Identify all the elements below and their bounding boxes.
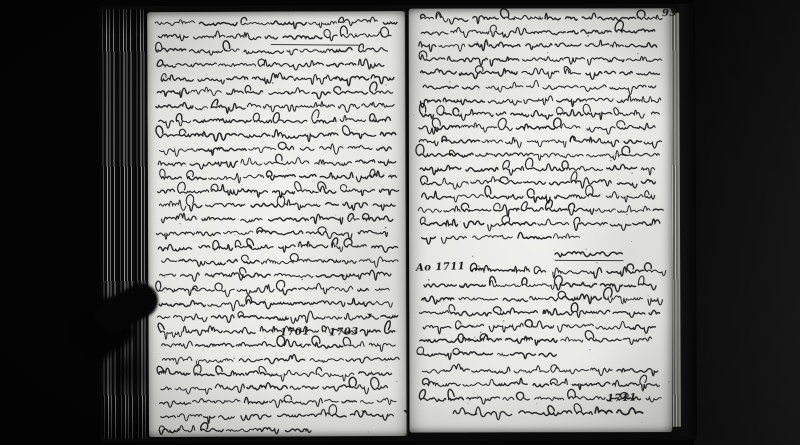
legible-fragment: 1711 bbox=[607, 392, 637, 404]
book-cover-edge bbox=[679, 4, 697, 436]
legible-fragment: Ao 1711 bbox=[416, 261, 466, 274]
left-page bbox=[147, 11, 407, 437]
left-page-handwriting bbox=[147, 11, 407, 437]
right-page bbox=[409, 8, 673, 432]
manuscript-book bbox=[99, 4, 697, 443]
ink-margin-mark: ➤ bbox=[360, 408, 367, 416]
legible-fragment: 1701 bbox=[280, 326, 310, 338]
legible-fragment: 93 bbox=[662, 8, 677, 20]
background-gradient bbox=[694, 0, 800, 445]
right-page-handwriting bbox=[409, 8, 673, 432]
legible-fragment: 1703 bbox=[329, 326, 359, 338]
photo-stage: 1701170393Ao 17111711➤➤➤ bbox=[0, 0, 800, 445]
